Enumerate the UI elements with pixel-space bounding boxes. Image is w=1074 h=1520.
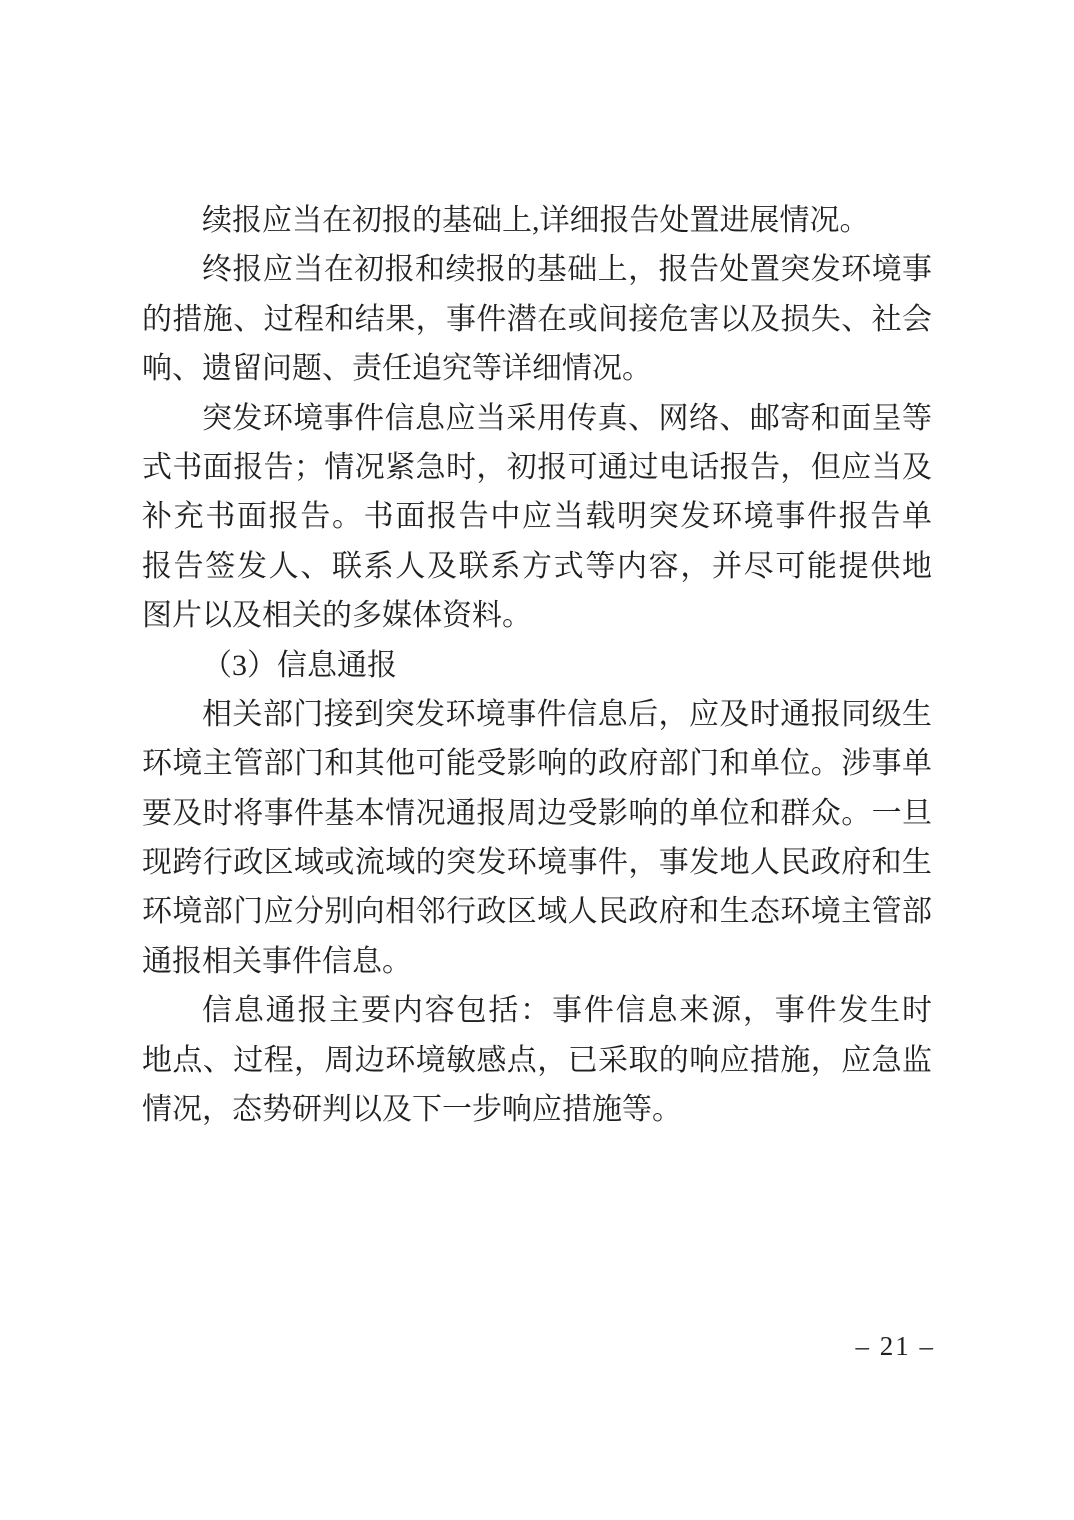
- text-line: 相关部门接到突发环境事件信息后，应及时通报同级生态: [142, 690, 932, 739]
- text-line: 响、遗留问题、责任追究等详细情况。: [142, 344, 932, 393]
- text-line: 突发环境事件信息应当采用传真、网络、邮寄和面呈等方: [142, 394, 932, 443]
- page-number: – 21 –: [856, 1330, 936, 1362]
- text-line: 情况，态势研判以及下一步响应措施等。: [142, 1085, 932, 1134]
- text-line: 信息通报主要内容包括：事件信息来源，事件发生时间、: [142, 986, 932, 1035]
- text-line: 式书面报告；情况紧急时，初报可通过电话报告，但应当及时: [142, 443, 932, 492]
- text-line: 报告签发人、联系人及联系方式等内容，并尽可能提供地图、: [142, 542, 932, 591]
- text-line: 的措施、过程和结果，事件潜在或间接危害以及损失、社会影: [142, 295, 932, 344]
- document-page: 续报应当在初报的基础上,详细报告处置进展情况。终报应当在初报和续报的基础上，报告…: [0, 0, 1074, 1520]
- text-line: 地点、过程，周边环境敏感点，已采取的响应措施，应急监测: [142, 1036, 932, 1085]
- text-line: 要及时将事件基本情况通报周边受影响的单位和群众。一旦出: [142, 789, 932, 838]
- document-body: 续报应当在初报的基础上,详细报告处置进展情况。终报应当在初报和续报的基础上，报告…: [142, 196, 932, 1134]
- text-line: 通报相关事件信息。: [142, 937, 932, 986]
- text-line: 现跨行政区域或流域的突发环境事件，事发地人民政府和生态: [142, 838, 932, 887]
- text-line: 续报应当在初报的基础上,详细报告处置进展情况。: [142, 196, 932, 245]
- text-line: 环境部门应分别向相邻行政区域人民政府和生态环境主管部门: [142, 887, 932, 936]
- text-line: （3）信息通报: [142, 641, 932, 690]
- text-line: 补充书面报告。书面报告中应当载明突发环境事件报告单位、: [142, 492, 932, 541]
- text-line: 终报应当在初报和续报的基础上，报告处置突发环境事件: [142, 245, 932, 294]
- text-line: 环境主管部门和其他可能受影响的政府部门和单位。涉事单位: [142, 739, 932, 788]
- text-line: 图片以及相关的多媒体资料。: [142, 591, 932, 640]
